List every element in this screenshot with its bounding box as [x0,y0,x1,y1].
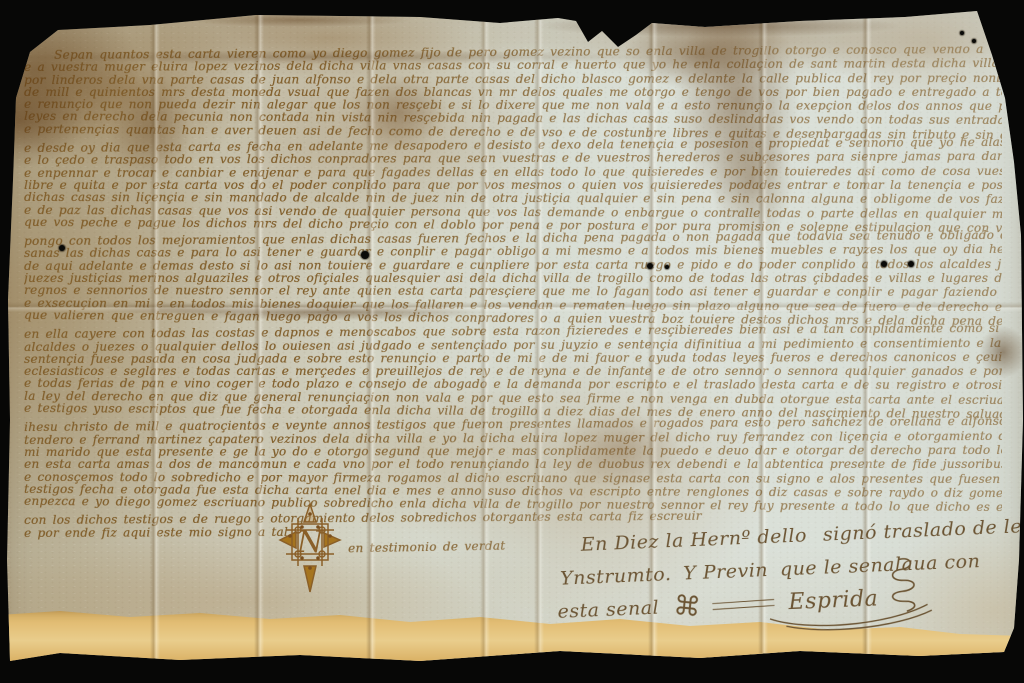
inscription-line2-left: Ynstrumto. [560,563,672,590]
sign-left-tip [280,532,296,548]
inscription-line2-right: que le senalaua con [780,550,981,580]
inscription-line3-left: esta senal [557,592,660,629]
sign-right-tip [324,533,340,547]
worm-hole [908,261,914,267]
worm-hole [59,245,65,251]
notarial-sign-icon: N [278,502,342,594]
inscription-line1-left: En Diez la Hernº dello [580,524,807,555]
later-inscription: En Diez la Hernº dellosignó traslado de … [554,510,1024,629]
notarial-sign-letter: N [296,525,325,560]
worm-hole [960,31,964,35]
worm-hole [647,263,653,269]
parchment: Sepan quantos esta carta vieren como yo … [0,0,1024,683]
worm-hole [665,265,669,269]
photo-backdrop: Sepan quantos esta carta vieren como yo … [0,0,1024,683]
sign-bottom-tip [304,566,316,592]
worm-hole [361,251,369,259]
worm-hole [972,39,976,43]
knot-mark-icon: ⌘ [672,589,703,625]
worm-hole [881,261,887,267]
inscription-line2-mid: Y Previn [683,559,769,585]
inscription-line1-right: signó traslado de le [822,515,1022,545]
